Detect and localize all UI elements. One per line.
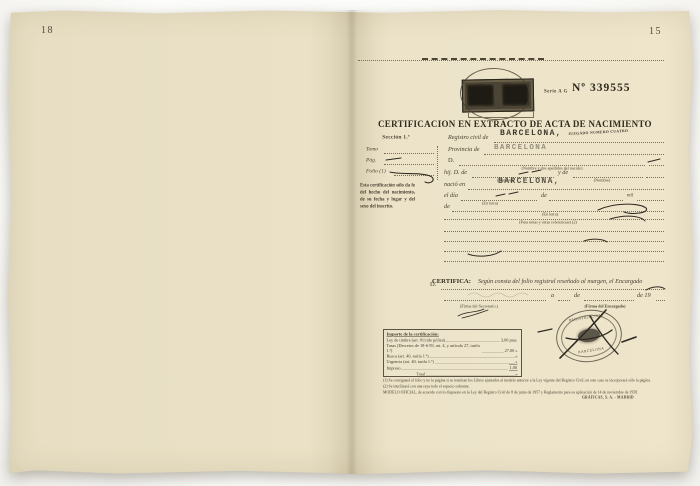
- tomo-label: Tomo: [366, 146, 378, 152]
- de19-label: de 19: [637, 293, 651, 299]
- mes-firma-blank: [584, 300, 634, 301]
- pag-blank-line: [384, 164, 434, 165]
- section-label: Sección 1.ª: [366, 134, 426, 140]
- top-dash-line: [422, 58, 544, 60]
- fee-title: Importe de la certificación:: [387, 332, 518, 337]
- serie-label: Serie A G: [544, 89, 568, 94]
- nacido-blank-line-short: [649, 165, 664, 166]
- certifica-body: Según consta del folio registral reseñad…: [478, 278, 642, 285]
- hijo-label: hij. D. de: [444, 170, 467, 176]
- blank-line: [444, 261, 664, 262]
- page-number-right: 15: [649, 26, 662, 37]
- stamp-bracket: [468, 112, 534, 118]
- de-firma-label: de: [574, 293, 580, 299]
- registro-blank-line: [494, 142, 664, 143]
- firma-encargado-caption: (Firma del Encargado): [565, 304, 645, 309]
- notas-caption: (Para notas y otras referencias) (2): [488, 220, 608, 225]
- pag-label: Pág.: [366, 157, 376, 163]
- encargado-d-label: D.: [430, 282, 436, 289]
- certifica-label: CERTIFICA:: [432, 278, 471, 285]
- folio-label: Folio (1): [366, 168, 386, 174]
- barcelona-stamp-registro: BARCELONA,: [500, 130, 562, 138]
- dia-firma-blank: [558, 300, 570, 301]
- footnotes: (1) Se consignará el folio y no la págin…: [383, 378, 700, 414]
- margin-divider: [437, 146, 438, 180]
- fee-total-row: Total»: [387, 372, 518, 377]
- footnote-2: (2) Se inutilizará con una raya todo el …: [383, 384, 665, 389]
- lugar-blank-line: [444, 300, 546, 301]
- madre-blank-line-short: [646, 177, 664, 178]
- anio-de-label: de: [444, 204, 450, 210]
- blank-line: [444, 231, 664, 232]
- barcelona-stamp-nacio: BARCELONA,: [498, 178, 560, 186]
- anio-caption: (En letra): [520, 212, 580, 217]
- blank-line: [444, 241, 664, 242]
- mes-de-label: de: [541, 193, 547, 199]
- anio-firma-blank: [656, 300, 665, 301]
- provincia-blank-line: [484, 154, 664, 155]
- serial-number: Nº 339555: [572, 82, 630, 94]
- registro-label: Registro civil de: [448, 135, 488, 141]
- nacio-blank-line: [468, 189, 664, 190]
- y-de-label: y de: [558, 170, 568, 176]
- firma-secretario-caption: (Firma del Secretario.): [439, 304, 519, 309]
- form-title: CERTIFICACION EN EXTRACTO DE ACTA DE NAC…: [378, 119, 642, 129]
- fee-row: Impreso1,00: [387, 364, 518, 370]
- a-label: a: [551, 293, 554, 299]
- madre-caption: (Nombre): [572, 178, 632, 183]
- encargado-blank-line: [441, 289, 664, 290]
- folio-blank-line: [394, 175, 434, 176]
- top-dotted-line: [358, 60, 664, 61]
- certifica-row: CERTIFICA: Según consta del folio regist…: [432, 270, 642, 288]
- page-number-left: 18: [41, 25, 54, 36]
- dia-label: el día: [444, 193, 458, 199]
- nacio-label: nació en: [444, 182, 465, 188]
- blank-line: [444, 251, 664, 252]
- mes-blank-line: [549, 200, 623, 201]
- footnote-1: (1) Se consignará el folio y no la págin…: [383, 378, 665, 383]
- provincia-label: Provincia de: [448, 147, 480, 153]
- nacido-caption: (Nombre y dos apellidos del nacido): [492, 166, 612, 171]
- nacido-d-label: D.: [448, 158, 454, 165]
- dia-caption: (En letra): [460, 201, 520, 206]
- fee-box-content: Importe de la certificación: Ley de timb…: [384, 330, 520, 379]
- fee-box: Importe de la certificación: Ley de timb…: [383, 329, 522, 377]
- anio-blank-line-short: [637, 200, 664, 201]
- mil-label: mil: [627, 193, 633, 198]
- tomo-blank-line: [384, 153, 434, 154]
- fee-row: Tasas (Decretos de 18-6-59, art. 4, y ar…: [387, 343, 518, 354]
- printer-mark: GRÁFICAS, S. A. - MADRID: [582, 396, 634, 400]
- barcelona-stamp-provincia: BARCELONA: [494, 145, 547, 153]
- stamp-emblem: [577, 327, 601, 343]
